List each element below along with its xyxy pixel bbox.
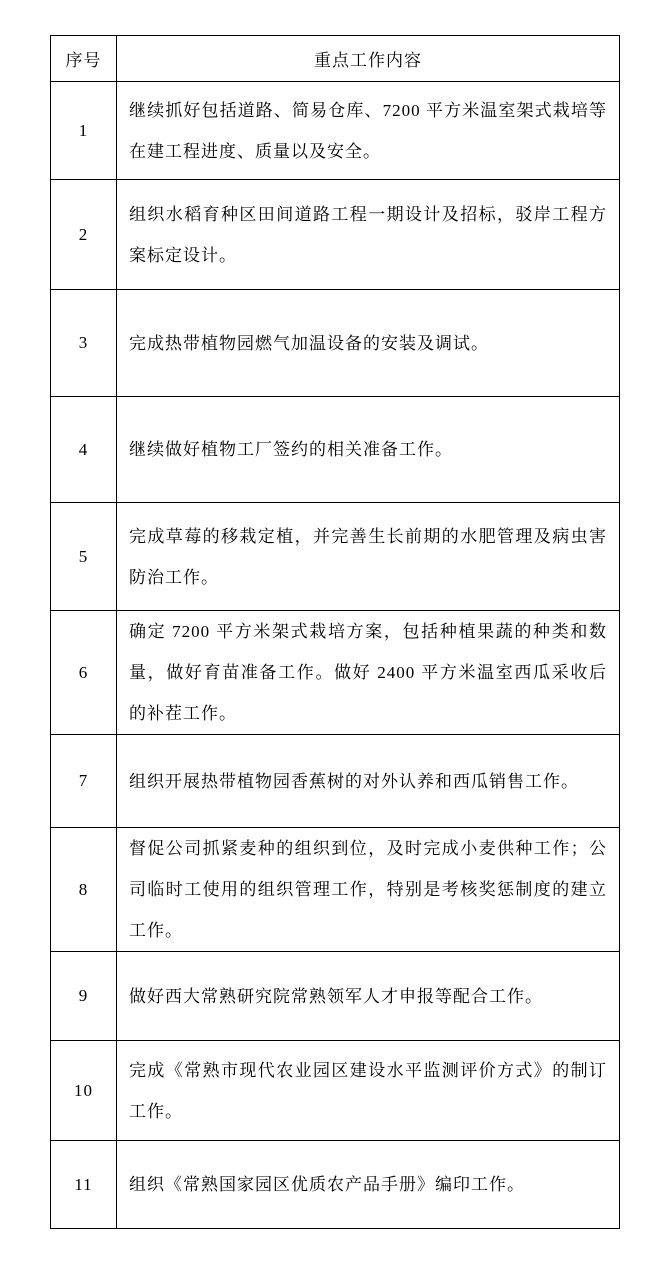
- row-number: 10: [51, 1041, 117, 1141]
- document-page: 序号 重点工作内容 1继续抓好包括道路、简易仓库、7200 平方米温室架式栽培等…: [0, 0, 670, 1276]
- table-row: 9做好西大常熟研究院常熟领军人才申报等配合工作。: [51, 952, 620, 1041]
- row-content: 完成草莓的移栽定植，并完善生长前期的水肥管理及病虫害防治工作。: [117, 503, 620, 611]
- table-row: 4继续做好植物工厂签约的相关准备工作。: [51, 397, 620, 503]
- table-row: 3完成热带植物园燃气加温设备的安装及调试。: [51, 290, 620, 397]
- row-content: 完成《常熟市现代农业园区建设水平监测评价方式》的制订工作。: [117, 1041, 620, 1141]
- row-content: 组织《常熟国家园区优质农产品手册》编印工作。: [117, 1141, 620, 1229]
- row-number: 9: [51, 952, 117, 1041]
- work-table: 序号 重点工作内容 1继续抓好包括道路、简易仓库、7200 平方米温室架式栽培等…: [50, 35, 620, 1229]
- table-head: 序号 重点工作内容: [51, 36, 620, 82]
- row-content: 督促公司抓紧麦种的组织到位，及时完成小麦供种工作；公司临时工使用的组织管理工作，…: [117, 828, 620, 952]
- row-content: 完成热带植物园燃气加温设备的安装及调试。: [117, 290, 620, 397]
- table-row: 6确定 7200 平方米架式栽培方案，包括种植果蔬的种类和数量，做好育苗准备工作…: [51, 611, 620, 735]
- row-content: 组织开展热带植物园香蕉树的对外认养和西瓜销售工作。: [117, 735, 620, 828]
- table-row: 7组织开展热带植物园香蕉树的对外认养和西瓜销售工作。: [51, 735, 620, 828]
- header-row: 序号 重点工作内容: [51, 36, 620, 82]
- table-row: 2组织水稻育种区田间道路工程一期设计及招标，驳岸工程方案标定设计。: [51, 180, 620, 290]
- table-row: 1继续抓好包括道路、简易仓库、7200 平方米温室架式栽培等在建工程进度、质量以…: [51, 82, 620, 180]
- row-content: 继续抓好包括道路、简易仓库、7200 平方米温室架式栽培等在建工程进度、质量以及…: [117, 82, 620, 180]
- row-number: 5: [51, 503, 117, 611]
- table-body: 1继续抓好包括道路、简易仓库、7200 平方米温室架式栽培等在建工程进度、质量以…: [51, 82, 620, 1229]
- row-number: 8: [51, 828, 117, 952]
- table-row: 5完成草莓的移栽定植，并完善生长前期的水肥管理及病虫害防治工作。: [51, 503, 620, 611]
- table-row: 8督促公司抓紧麦种的组织到位，及时完成小麦供种工作；公司临时工使用的组织管理工作…: [51, 828, 620, 952]
- row-content: 做好西大常熟研究院常熟领军人才申报等配合工作。: [117, 952, 620, 1041]
- row-content: 组织水稻育种区田间道路工程一期设计及招标，驳岸工程方案标定设计。: [117, 180, 620, 290]
- row-number: 6: [51, 611, 117, 735]
- row-number: 11: [51, 1141, 117, 1229]
- table-row: 11组织《常熟国家园区优质农产品手册》编印工作。: [51, 1141, 620, 1229]
- row-number: 3: [51, 290, 117, 397]
- row-number: 7: [51, 735, 117, 828]
- row-number: 4: [51, 397, 117, 503]
- row-content: 继续做好植物工厂签约的相关准备工作。: [117, 397, 620, 503]
- header-col-content: 重点工作内容: [117, 36, 620, 82]
- header-col-number: 序号: [51, 36, 117, 82]
- table-row: 10完成《常熟市现代农业园区建设水平监测评价方式》的制订工作。: [51, 1041, 620, 1141]
- row-number: 2: [51, 180, 117, 290]
- row-content: 确定 7200 平方米架式栽培方案，包括种植果蔬的种类和数量，做好育苗准备工作。…: [117, 611, 620, 735]
- row-number: 1: [51, 82, 117, 180]
